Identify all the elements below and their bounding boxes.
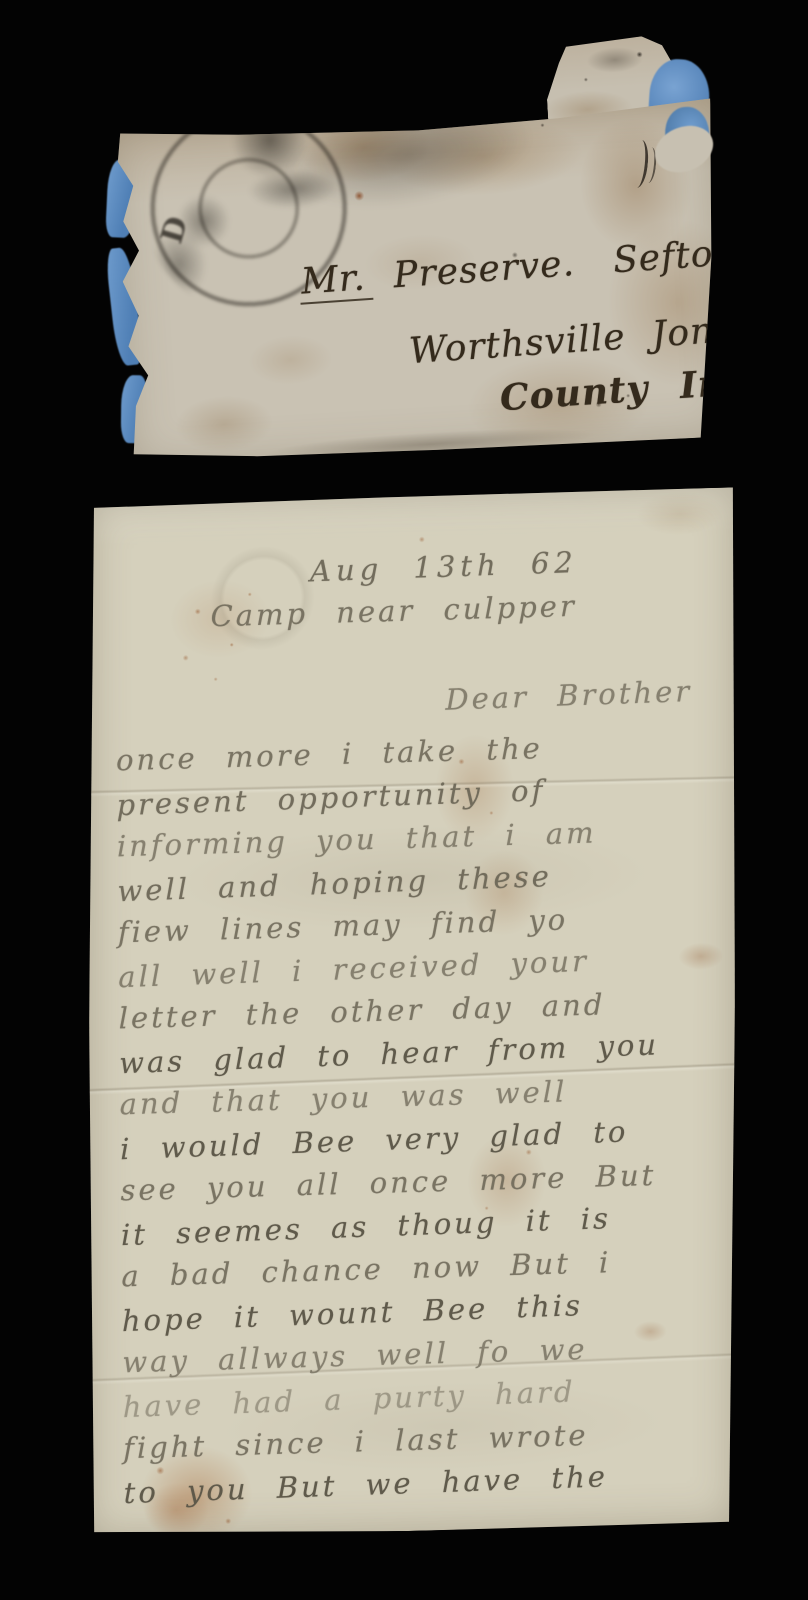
letter-salutation: Dear Brother bbox=[445, 669, 723, 722]
envelope-front: D Mr.Preserve. Sefton Worthsville Jonson… bbox=[112, 95, 731, 471]
photo-scene: D Mr.Preserve. Sefton Worthsville Jonson… bbox=[0, 0, 808, 1600]
addressee-name: Preserve. Sefton bbox=[392, 232, 739, 296]
address-line-3: County Ind bbox=[499, 360, 753, 419]
address-line-2: Worthsville Jonson bbox=[408, 306, 782, 372]
letter-handwriting: Aug 13th 62 Camp near culpper Dear Broth… bbox=[114, 536, 732, 1541]
letter-place-line: Camp near culpper bbox=[210, 581, 722, 639]
letter-page: Aug 13th 62 Camp near culpper Dear Broth… bbox=[88, 487, 736, 1538]
envelope: D Mr.Preserve. Sefton Worthsville Jonson… bbox=[112, 95, 731, 471]
address-line-1: Mr.Preserve. Sefton bbox=[298, 232, 739, 305]
addressee-prefix: Mr. bbox=[298, 257, 373, 305]
